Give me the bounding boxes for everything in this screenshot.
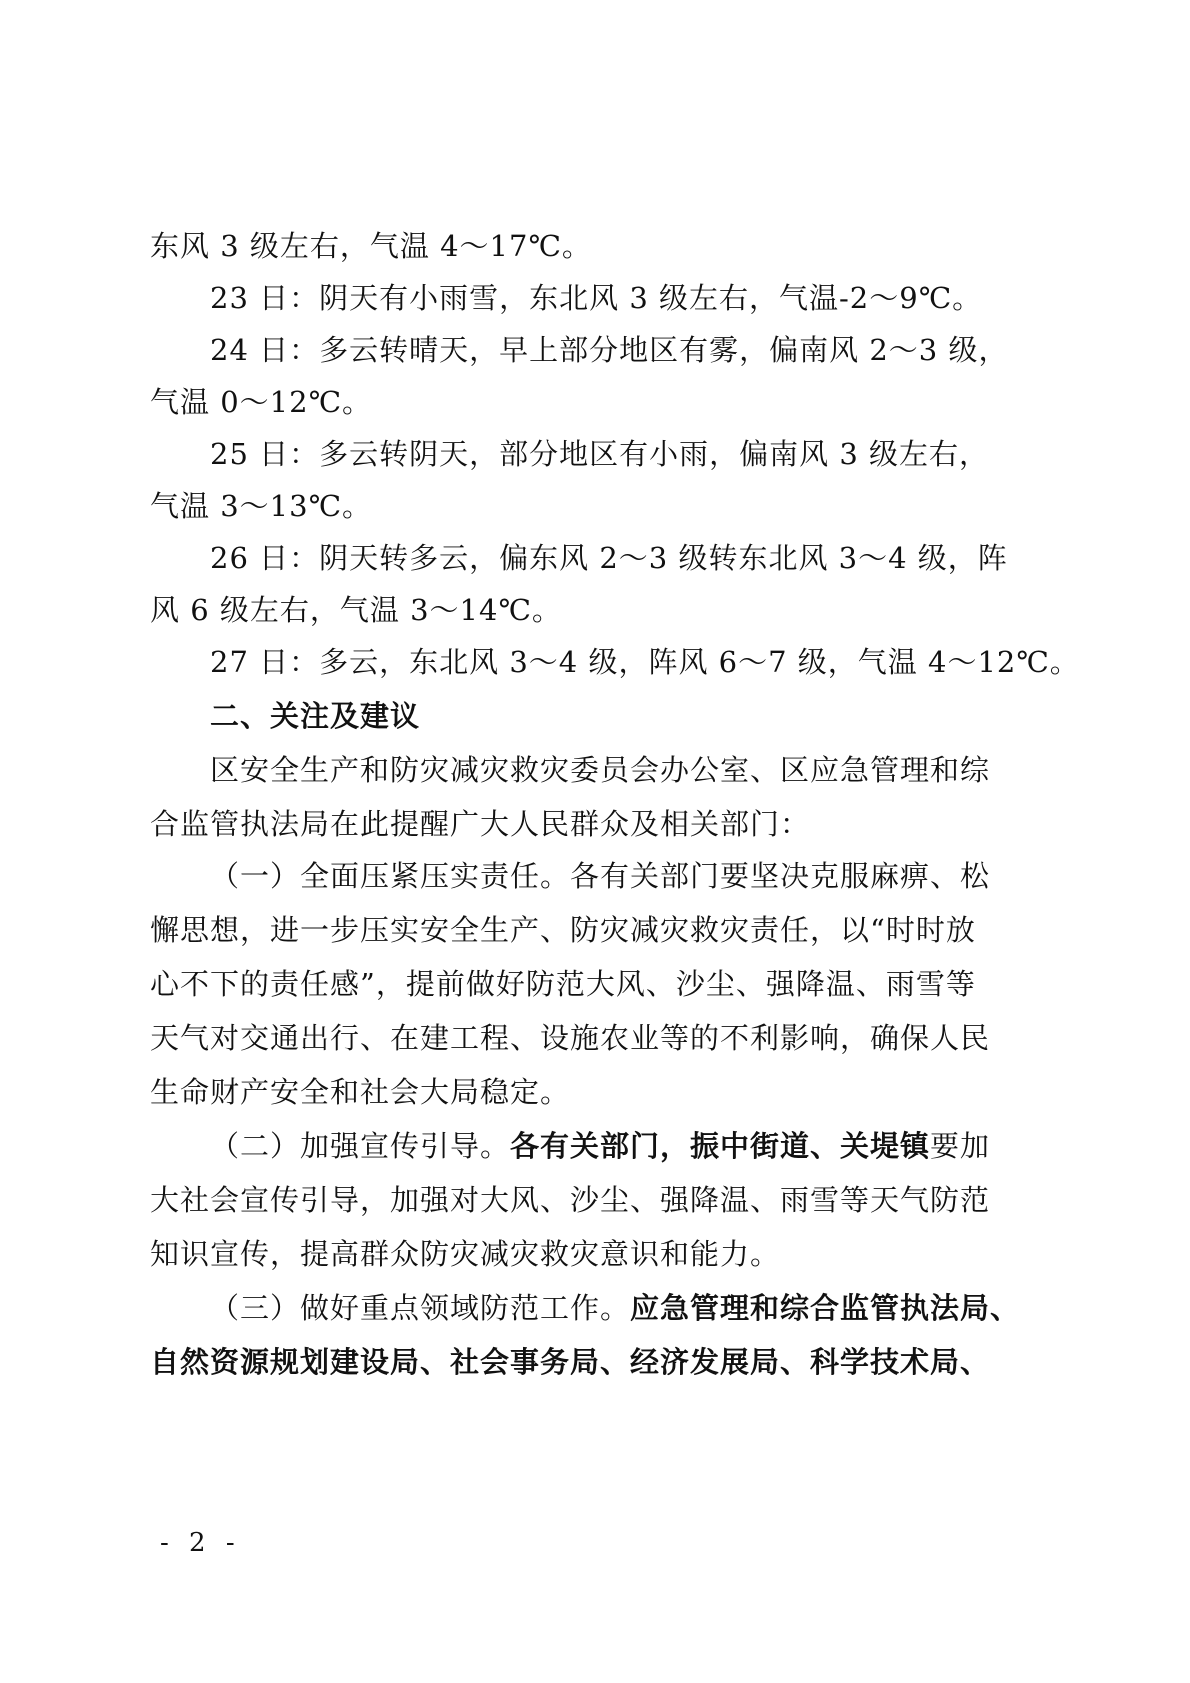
item2-line-2: 大社会宣传引导，加强对大风、沙尘、强降温、雨雪等天气防范: [150, 1182, 1050, 1218]
item2-line-1: （二）加强宣传引导。各有关部门，振中街道、关堤镇要加: [210, 1128, 1110, 1164]
intro-line-2: 合监管执法局在此提醒广大人民群众及相关部门：: [150, 806, 1050, 842]
item3-line-1: （三）做好重点领域防范工作。应急管理和综合监管执法局、: [210, 1290, 1110, 1326]
forecast-day-24: 24 日：多云转晴天，早上部分地区有雾，偏南风 2～3 级，: [210, 332, 1110, 368]
forecast-day-26-cont: 风 6 级左右，气温 3～14℃。: [150, 592, 1050, 628]
forecast-day-27: 27 日：多云，东北风 3～4 级，阵风 6～7 级，气温 4～12℃。: [210, 644, 1110, 680]
item3-bold-text: 应急管理和综合监管执法局、: [630, 1291, 1020, 1325]
item1-line-1: （一）全面压紧压实责任。各有关部门要坚决克服麻痹、松: [210, 858, 1110, 894]
page-number: - 2 -: [160, 1528, 241, 1558]
intro-line-1: 区安全生产和防灾减灾救灾委员会办公室、区应急管理和综: [210, 752, 1110, 788]
item3-bold-text-cont: 自然资源规划建设局、社会事务局、经济发展局、科学技术局、: [150, 1345, 990, 1379]
item1-line-2: 懈思想，进一步压实安全生产、防灾减灾救灾责任，以“时时放: [150, 912, 1050, 948]
section-heading: 二、关注及建议: [210, 698, 1110, 734]
item1-line-3: 心不下的责任感”，提前做好防范大风、沙尘、强降温、雨雪等: [150, 966, 1050, 1002]
item2-title: （二）加强宣传引导。: [210, 1129, 510, 1163]
forecast-day-26: 26 日：阴天转多云，偏东风 2～3 级转东北风 3～4 级，阵: [210, 540, 1110, 576]
item3-line-2: 自然资源规划建设局、社会事务局、经济发展局、科学技术局、: [150, 1344, 1050, 1380]
forecast-day-23: 23 日：阴天有小雨雪，东北风 3 级左右，气温-2～9℃。: [210, 280, 1110, 316]
item1-line-4: 天气对交通出行、在建工程、设施农业等的不利影响，确保人民: [150, 1020, 1050, 1056]
forecast-day-25: 25 日：多云转阴天，部分地区有小雨，偏南风 3 级左右，: [210, 436, 1110, 472]
item3-title: （三）做好重点领域防范工作。: [210, 1291, 630, 1325]
forecast-day-24-cont: 气温 0～12℃。: [150, 384, 1050, 420]
item2-line-3: 知识宣传，提高群众防灾减灾救灾意识和能力。: [150, 1236, 1050, 1272]
weather-continuation: 东风 3 级左右，气温 4～17℃。: [150, 228, 1050, 264]
document-page: 东风 3 级左右，气温 4～17℃。 23 日：阴天有小雨雪，东北风 3 级左右…: [0, 0, 1190, 1683]
item2-bold-text: 各有关部门，振中街道、关堤镇: [510, 1129, 930, 1163]
forecast-day-25-cont: 气温 3～13℃。: [150, 488, 1050, 524]
item2-suffix: 要加: [930, 1129, 990, 1163]
item1-line-5: 生命财产安全和社会大局稳定。: [150, 1074, 1050, 1110]
